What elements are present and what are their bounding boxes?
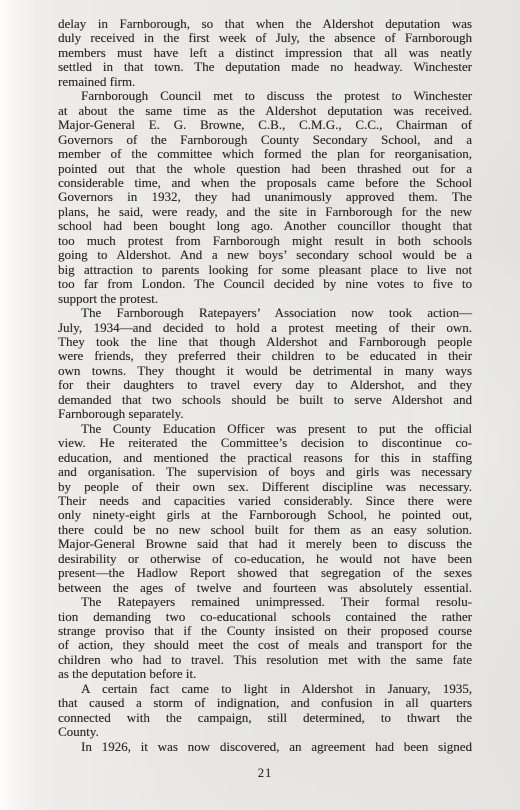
text-line: were friends, they preferred their child… (58, 349, 472, 363)
text-line: between the ages of twelve and fourteen … (58, 581, 472, 595)
text-line: settled in that town. The deputation mad… (58, 60, 472, 74)
text-line: going to Aldershot. And a new boys’ seco… (58, 248, 472, 262)
text-line: by people of their own sex. Different di… (58, 480, 472, 494)
text-line: plans, he said, were ready, and the site… (58, 205, 472, 219)
text-line: The Ratepayers remained unimpressed. The… (58, 595, 472, 609)
text-line: The Farnborough Ratepayers’ Association … (58, 306, 472, 320)
paragraph: The County Education Officer was present… (58, 422, 472, 595)
paragraph: delay in Farnborough, so that when the A… (58, 17, 472, 89)
paragraph: The Ratepayers remained unimpressed. The… (58, 595, 472, 682)
text-line: big attraction to parents looking for so… (58, 263, 472, 277)
text-block: delay in Farnborough, so that when the A… (58, 17, 472, 754)
text-line: school had been bought long ago. Another… (58, 219, 472, 233)
text-line: only ninety-eight girls at the Farnborou… (58, 508, 472, 522)
text-line: Governors in 1932, they had unanimously … (58, 190, 472, 204)
text-line: July, 1934—and decided to hold a protest… (58, 321, 472, 335)
paragraph: A certain fact came to light in Aldersho… (58, 682, 472, 740)
text-line: education, and mentioned the practical r… (58, 451, 472, 465)
text-line: tion demanding two co-educational school… (58, 610, 472, 624)
text-line: at about the same time as the Aldershot … (58, 104, 472, 118)
text-line: of action, they should meet the cost of … (58, 638, 472, 652)
text-line: and organisation. The supervision of boy… (58, 465, 472, 479)
text-line: that caused a storm of indignation, and … (58, 696, 472, 710)
text-line: A certain fact came to light in Aldersho… (58, 682, 472, 696)
text-line: too much protest from Farnborough might … (58, 234, 472, 248)
text-line: In 1926, it was now discovered, an agree… (58, 740, 472, 754)
text-line: own towns. They thought it would be detr… (58, 364, 472, 378)
text-line: The County Education Officer was present… (58, 422, 472, 436)
text-line: They took the line that though Aldershot… (58, 335, 472, 349)
text-line: duly received in the first week of July,… (58, 31, 472, 45)
text-line: members must have left a distinct impres… (58, 46, 472, 60)
text-line: support the protest. (58, 292, 472, 306)
book-page-scan: delay in Farnborough, so that when the A… (0, 0, 520, 810)
text-line: member of the committee which formed the… (58, 147, 472, 161)
text-line: County. (58, 725, 472, 739)
text-line: Farnborough Council met to discuss the p… (58, 89, 472, 103)
text-line: desirability or otherwise of co-educatio… (58, 552, 472, 566)
text-line: Governors of the Farnborough County Seco… (58, 133, 472, 147)
text-line: there could be no new school built for t… (58, 523, 472, 537)
text-line: Major-General E. G. Browne, C.B., C.M.G.… (58, 118, 472, 132)
text-line: too far from London. The Council decided… (58, 277, 472, 291)
text-line: as the deputation before it. (58, 667, 472, 681)
text-line: considerable time, and when the proposal… (58, 176, 472, 190)
paragraph: In 1926, it was now discovered, an agree… (58, 740, 472, 754)
text-line: Their needs and capacities varied consid… (58, 494, 472, 508)
text-line: pointed out that the whole question had … (58, 162, 472, 176)
text-line: strange proviso that if the County insis… (58, 624, 472, 638)
text-line: view. He reiterated the Committee’s deci… (58, 436, 472, 450)
text-line: remained firm. (58, 75, 472, 89)
text-line: present—the Hadlow Report showed that se… (58, 566, 472, 580)
text-line: children who had to travel. This resolut… (58, 653, 472, 667)
page-number: 21 (58, 766, 472, 781)
paragraph: The Farnborough Ratepayers’ Association … (58, 306, 472, 422)
paragraph: Farnborough Council met to discuss the p… (58, 89, 472, 306)
text-line: Major-General Browne said that had it me… (58, 537, 472, 551)
text-line: delay in Farnborough, so that when the A… (58, 17, 472, 31)
text-line: demanded that two schools should be buil… (58, 393, 472, 407)
text-line: for their daughters to travel every day … (58, 378, 472, 392)
text-line: Farnborough separately. (58, 407, 472, 421)
text-line: connected with the campaign, still deter… (58, 711, 472, 725)
